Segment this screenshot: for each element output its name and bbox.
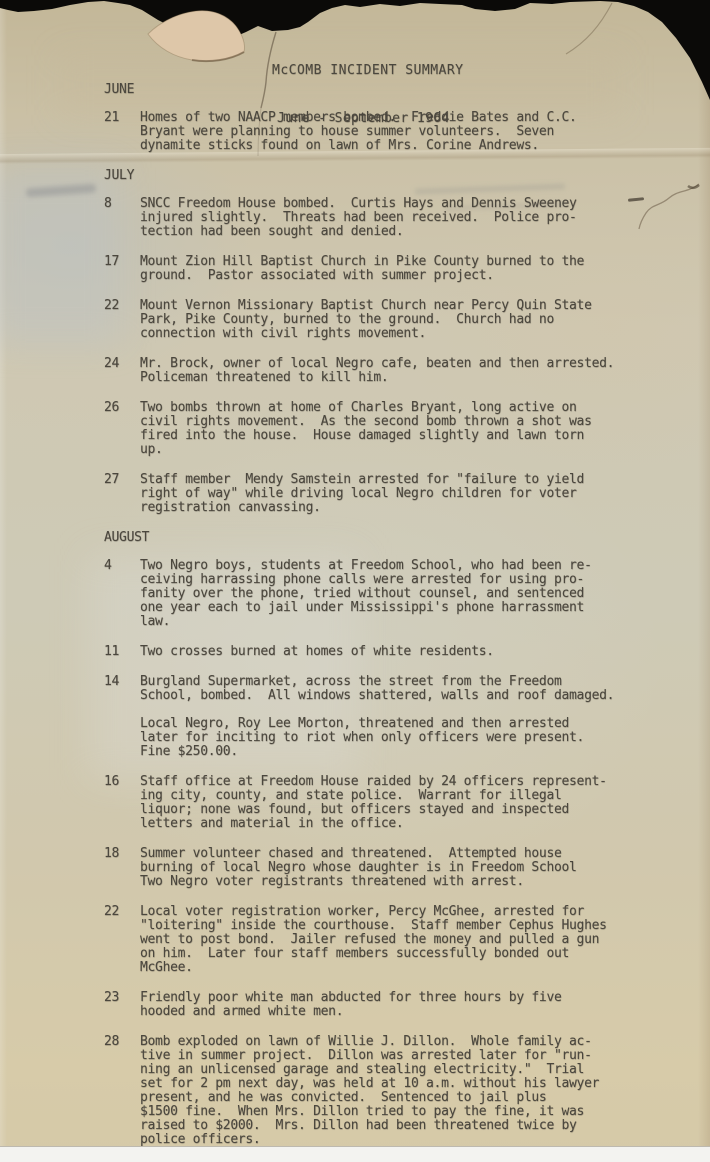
incident-item: 22Local voter registration worker, Percy… bbox=[104, 905, 664, 975]
incident-line: went to post bond. Jailer refused the mo… bbox=[140, 933, 664, 947]
incident-line: injured slightly. Threats had been recei… bbox=[140, 211, 664, 225]
incident-line: Park, Pike County, burned to the ground.… bbox=[140, 313, 664, 327]
incident-line: raised to $2000. Mrs. Dillon had been th… bbox=[140, 1119, 664, 1133]
incident-line: Two Negro voter registrants threatened w… bbox=[140, 875, 664, 889]
incident-text: SNCC Freedom House bombed. Curtis Hays a… bbox=[140, 197, 664, 239]
scan-bottom-strip bbox=[0, 1146, 710, 1162]
incident-item: 17Mount Zion Hill Baptist Church in Pike… bbox=[104, 255, 664, 283]
incident-line: SNCC Freedom House bombed. Curtis Hays a… bbox=[140, 197, 664, 211]
scanned-document-page: { "colors": { "background": "#0b0a08", "… bbox=[0, 0, 710, 1162]
incident-day: 27 bbox=[104, 473, 140, 515]
incident-line: Mr. Brock, owner of local Negro cafe, be… bbox=[140, 357, 664, 371]
incident-item: 16Staff office at Freedom House raided b… bbox=[104, 775, 664, 831]
incident-line: Mount Vernon Missionary Baptist Church n… bbox=[140, 299, 664, 313]
incident-item: 4Two Negro boys, students at Freedom Sch… bbox=[104, 559, 664, 629]
incident-line: McGhee. bbox=[140, 961, 664, 975]
incident-line: letters and material in the office. bbox=[140, 817, 664, 831]
incident-paragraph: SNCC Freedom House bombed. Curtis Hays a… bbox=[140, 197, 664, 239]
incident-paragraph: Two bombs thrown at home of Charles Brya… bbox=[140, 401, 664, 457]
incident-line: Summer volunteer chased and threatened. … bbox=[140, 847, 664, 861]
incident-line: ning an unlicensed garage and stealing e… bbox=[140, 1063, 664, 1077]
month-heading: JULY bbox=[104, 169, 664, 183]
incident-item: 11Two crosses burned at homes of white r… bbox=[104, 645, 664, 659]
incident-paragraph: Bomb exploded on lawn of Willie J. Dillo… bbox=[140, 1035, 664, 1147]
incident-text: Mount Vernon Missionary Baptist Church n… bbox=[140, 299, 664, 341]
incident-paragraph: Two Negro boys, students at Freedom Scho… bbox=[140, 559, 664, 629]
incident-day: 18 bbox=[104, 847, 140, 889]
incident-line: tive in summer project. Dillon was arres… bbox=[140, 1049, 664, 1063]
incident-line: up. bbox=[140, 443, 664, 457]
incident-paragraph: Friendly poor white man abducted for thr… bbox=[140, 991, 664, 1019]
incident-day: 23 bbox=[104, 991, 140, 1019]
incident-day: 8 bbox=[104, 197, 140, 239]
incident-paragraph: Mount Vernon Missionary Baptist Church n… bbox=[140, 299, 664, 341]
incident-line: Mount Zion Hill Baptist Church in Pike C… bbox=[140, 255, 664, 269]
incident-item: 26Two bombs thrown at home of Charles Br… bbox=[104, 401, 664, 457]
incident-line: tection had been sought and denied. bbox=[140, 225, 664, 239]
incident-paragraph: Burgland Supermarket, across the street … bbox=[140, 675, 664, 703]
incident-day: 11 bbox=[104, 645, 140, 659]
incident-line: one year each to jail under Mississippi'… bbox=[140, 601, 664, 615]
incident-day: 17 bbox=[104, 255, 140, 283]
incident-line: law. bbox=[140, 615, 664, 629]
incident-line: burning of local Negro whose daughter is… bbox=[140, 861, 664, 875]
incident-line: ing city, county, and state police. Warr… bbox=[140, 789, 664, 803]
incident-text: Bomb exploded on lawn of Willie J. Dillo… bbox=[140, 1035, 664, 1147]
incident-paragraph: Homes of two NAACP members bombed. Fredd… bbox=[140, 111, 664, 153]
incident-line: Two Negro boys, students at Freedom Scho… bbox=[140, 559, 664, 573]
incident-text: Two Negro boys, students at Freedom Scho… bbox=[140, 559, 664, 629]
page-title: McCOMB INCIDENT SUMMARY bbox=[272, 63, 464, 79]
incident-line: Two crosses burned at homes of white res… bbox=[140, 645, 664, 659]
incident-line: Burgland Supermarket, across the street … bbox=[140, 675, 664, 689]
incident-line: police officers. bbox=[140, 1133, 664, 1147]
incident-item: 27Staff member Mendy Samstein arrested f… bbox=[104, 473, 664, 515]
incident-line: ceiving harrassing phone calls were arre… bbox=[140, 573, 664, 587]
incident-line: Homes of two NAACP members bombed. Fredd… bbox=[140, 111, 664, 125]
incident-paragraph: Two crosses burned at homes of white res… bbox=[140, 645, 664, 659]
incident-line: dynamite sticks found on lawn of Mrs. Co… bbox=[140, 139, 664, 153]
incident-line: hooded and armed white men. bbox=[140, 1005, 664, 1019]
incident-line: ground. Pastor associated with summer pr… bbox=[140, 269, 664, 283]
incident-day: 22 bbox=[104, 299, 140, 341]
incident-line: later for inciting to riot when only off… bbox=[140, 731, 664, 745]
incident-line: School, bombed. All windows shattered, w… bbox=[140, 689, 664, 703]
incident-line: Policeman threatened to kill him. bbox=[140, 371, 664, 385]
incident-text: Two crosses burned at homes of white res… bbox=[140, 645, 664, 659]
incident-line: Friendly poor white man abducted for thr… bbox=[140, 991, 664, 1005]
incident-day: 26 bbox=[104, 401, 140, 457]
incident-paragraph: Local voter registration worker, Percy M… bbox=[140, 905, 664, 975]
incident-line: Local Negro, Roy Lee Morton, threatened … bbox=[140, 717, 664, 731]
incident-line: set for 2 pm next day, was held at 10 a.… bbox=[140, 1077, 664, 1091]
incident-paragraph: Mount Zion Hill Baptist Church in Pike C… bbox=[140, 255, 664, 283]
incident-text: Staff office at Freedom House raided by … bbox=[140, 775, 664, 831]
incident-text: Mount Zion Hill Baptist Church in Pike C… bbox=[140, 255, 664, 283]
month-heading: JUNE bbox=[104, 83, 664, 97]
incident-line: fanity over the phone, tried without cou… bbox=[140, 587, 664, 601]
incident-text: Homes of two NAACP members bombed. Fredd… bbox=[140, 111, 664, 153]
incident-line: "loitering" inside the courthouse. Staff… bbox=[140, 919, 664, 933]
incident-day: 24 bbox=[104, 357, 140, 385]
incident-paragraph: Summer volunteer chased and threatened. … bbox=[140, 847, 664, 889]
incident-line: right of way" while driving local Negro … bbox=[140, 487, 664, 501]
incident-day: 14 bbox=[104, 675, 140, 759]
incident-paragraph: Staff office at Freedom House raided by … bbox=[140, 775, 664, 831]
incident-item: 28Bomb exploded on lawn of Willie J. Dil… bbox=[104, 1035, 664, 1147]
incident-item: 8SNCC Freedom House bombed. Curtis Hays … bbox=[104, 197, 664, 239]
incident-line: liquor; none was found, but officers sta… bbox=[140, 803, 664, 817]
incident-line: registration canvassing. bbox=[140, 501, 664, 515]
incident-item: 21Homes of two NAACP members bombed. Fre… bbox=[104, 111, 664, 153]
incident-line: Two bombs thrown at home of Charles Brya… bbox=[140, 401, 664, 415]
incident-text: Two bombs thrown at home of Charles Brya… bbox=[140, 401, 664, 457]
incident-paragraph: Staff member Mendy Samstein arrested for… bbox=[140, 473, 664, 515]
incident-day: 4 bbox=[104, 559, 140, 629]
month-heading: AUGUST bbox=[104, 531, 664, 545]
incident-line: Bomb exploded on lawn of Willie J. Dillo… bbox=[140, 1035, 664, 1049]
incident-text: Local voter registration worker, Percy M… bbox=[140, 905, 664, 975]
incident-line: on him. Later four staff members success… bbox=[140, 947, 664, 961]
incident-line: fired into the house. House damaged slig… bbox=[140, 429, 664, 443]
incident-item: 14Burgland Supermarket, across the stree… bbox=[104, 675, 664, 759]
incident-text: Friendly poor white man abducted for thr… bbox=[140, 991, 664, 1019]
incident-day: 16 bbox=[104, 775, 140, 831]
incident-line: present, and he was convicted. Sentenced… bbox=[140, 1091, 664, 1105]
incident-text: Staff member Mendy Samstein arrested for… bbox=[140, 473, 664, 515]
incident-line: $1500 fine. When Mrs. Dillon tried to pa… bbox=[140, 1105, 664, 1119]
incident-line: Staff office at Freedom House raided by … bbox=[140, 775, 664, 789]
incident-line: Local voter registration worker, Percy M… bbox=[140, 905, 664, 919]
incident-paragraph: Mr. Brock, owner of local Negro cafe, be… bbox=[140, 357, 664, 385]
incident-day: 22 bbox=[104, 905, 140, 975]
incident-text: Mr. Brock, owner of local Negro cafe, be… bbox=[140, 357, 664, 385]
incident-item: 24Mr. Brock, owner of local Negro cafe, … bbox=[104, 357, 664, 385]
incident-list: JUNE21Homes of two NAACP members bombed.… bbox=[104, 83, 664, 1162]
incident-line: connection with civil rights movement. bbox=[140, 327, 664, 341]
incident-item: 23Friendly poor white man abducted for t… bbox=[104, 991, 664, 1019]
incident-day: 21 bbox=[104, 111, 140, 153]
incident-text: Burgland Supermarket, across the street … bbox=[140, 675, 664, 759]
incident-line: civil rights movement. As the second bom… bbox=[140, 415, 664, 429]
incident-line: Bryant were planning to house summer vol… bbox=[140, 125, 664, 139]
incident-item: 22Mount Vernon Missionary Baptist Church… bbox=[104, 299, 664, 341]
incident-text: Summer volunteer chased and threatened. … bbox=[140, 847, 664, 889]
incident-line: Fine $250.00. bbox=[140, 745, 664, 759]
incident-paragraph: Local Negro, Roy Lee Morton, threatened … bbox=[140, 717, 664, 759]
incident-item: 18Summer volunteer chased and threatened… bbox=[104, 847, 664, 889]
incident-line: Staff member Mendy Samstein arrested for… bbox=[140, 473, 664, 487]
incident-day: 28 bbox=[104, 1035, 140, 1147]
